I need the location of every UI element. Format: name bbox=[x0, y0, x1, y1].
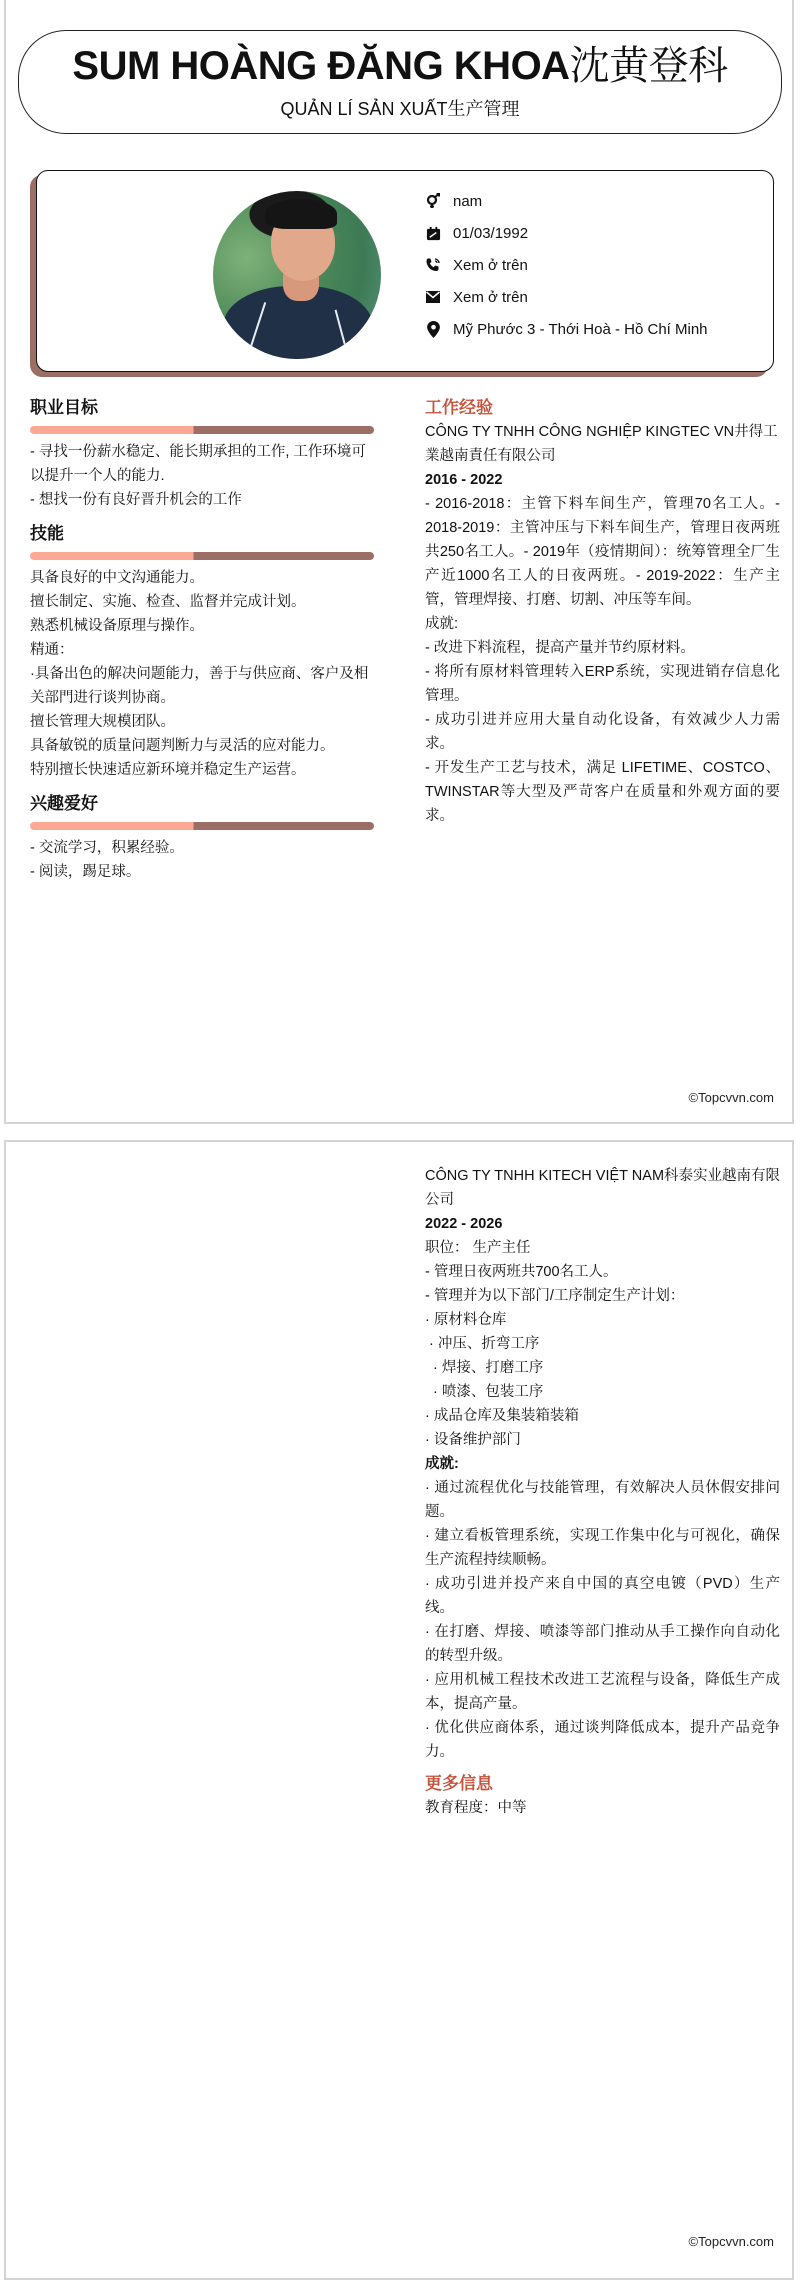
section-divider-bar bbox=[30, 822, 374, 830]
job-company: CÔNG TY TNHH CÔNG NGHIỆP KINGTEC VN井得工業越… bbox=[425, 420, 780, 468]
skill-line: 擅长管理大规模团队。 bbox=[30, 710, 374, 734]
duty-line: · 设备维护部门 bbox=[425, 1428, 780, 1452]
birthday-value: 01/03/1992 bbox=[453, 225, 528, 242]
section-skills: 技能 具备良好的中文沟通能力。 擅长制定、实施、检查、监督并完成计划。 熟悉机械… bbox=[30, 522, 374, 782]
phone-row: Xem ở trên bbox=[425, 249, 708, 281]
envelope-icon bbox=[425, 289, 441, 305]
duty-line: - 管理并为以下部门/工序制定生产计划： bbox=[425, 1284, 780, 1308]
duty-line: · 喷漆、包装工序 bbox=[425, 1380, 780, 1404]
duty-line: · 冲压、折弯工序 bbox=[425, 1332, 780, 1356]
section-title-experience: 工作经验 bbox=[425, 396, 780, 420]
email-row: Xem ở trên bbox=[425, 281, 708, 313]
achievement-line: - 成功引进并应用大量自动化设备，有效减少人力需求。 bbox=[425, 708, 780, 756]
job-period: 2022 - 2026 bbox=[425, 1212, 780, 1236]
objective-line: - 寻找一份薪水稳定、能长期承担的工作, 工作环境可以提升一个人的能力. bbox=[30, 440, 374, 488]
map-pin-icon bbox=[425, 321, 441, 337]
achievement-line: - 开发生产工艺与技术，满足 LIFETIME、COSTCO、TWINSTAR等… bbox=[425, 756, 780, 828]
duty-line: - 管理日夜两班共700名工人。 bbox=[425, 1260, 780, 1284]
achievement-line: · 在打磨、焊接、喷漆等部门推动从手工操作向自动化的转型升级。 bbox=[425, 1620, 780, 1668]
name-latin: SUM HOÀNG ĐĂNG KHOA bbox=[72, 44, 569, 88]
job-company: CÔNG TY TNHH KITECH VIỆT NAM科泰实业越南有限公司 bbox=[425, 1164, 780, 1212]
objective-line: - 想找一份有良好晋升机会的工作 bbox=[30, 488, 374, 512]
phone-value: Xem ở trên bbox=[453, 257, 528, 274]
achievements-label: 成就: bbox=[425, 612, 780, 636]
duty-line: · 原材料仓库 bbox=[425, 1308, 780, 1332]
contact-info: nam 01/03/1992 Xem ở trên Xem ở trên bbox=[425, 185, 708, 345]
address-value: Mỹ Phước 3 - Thới Hoà - Hồ Chí Minh bbox=[453, 321, 708, 338]
name-chinese: 沈黄登科 bbox=[570, 44, 728, 88]
section-divider-bar bbox=[30, 552, 374, 560]
address-row: Mỹ Phước 3 - Thới Hoà - Hồ Chí Minh bbox=[425, 313, 708, 345]
job-period: 2016 - 2022 bbox=[425, 468, 780, 492]
section-hobbies: 兴趣爱好 - 交流学习，积累经验。 - 阅读，踢足球。 bbox=[30, 792, 374, 884]
birthday-row: 01/03/1992 bbox=[425, 217, 708, 249]
skill-line: 具备敏锐的质量问题判断力与灵活的应对能力。 bbox=[30, 734, 374, 758]
section-title: 技能 bbox=[30, 522, 374, 546]
job-entry: CÔNG TY TNHH KITECH VIỆT NAM科泰实业越南有限公司 2… bbox=[425, 1164, 780, 1764]
achievements-label: 成就: bbox=[425, 1452, 780, 1476]
header-box: SUM HOÀNG ĐĂNG KHOA沈黄登科 QUẢN LÍ SẢN XUẤT… bbox=[18, 30, 782, 134]
left-column: 职业目标 - 寻找一份薪水稳定、能长期承担的工作, 工作环境可以提升一个人的能力… bbox=[30, 396, 374, 884]
job-entry: CÔNG TY TNHH CÔNG NGHIỆP KINGTEC VN井得工業越… bbox=[425, 420, 780, 828]
gender-icon bbox=[425, 193, 441, 209]
footer-copyright: ©Topcvvn.com bbox=[689, 2234, 774, 2249]
skill-line: 精通： bbox=[30, 638, 374, 662]
hobby-line: - 阅读，踢足球。 bbox=[30, 860, 374, 884]
achievement-line: · 应用机械工程技术改进工艺流程与设备，降低生产成本，提高产量。 bbox=[425, 1668, 780, 1716]
gender-row: nam bbox=[425, 185, 708, 217]
education-level: 教育程度：中等 bbox=[425, 1796, 780, 1820]
candidate-name: SUM HOÀNG ĐĂNG KHOA沈黄登科 bbox=[19, 43, 781, 89]
section-title: 兴趣爱好 bbox=[30, 792, 374, 816]
section-objective: 职业目标 - 寻找一份薪水稳定、能长期承担的工作, 工作环境可以提升一个人的能力… bbox=[30, 396, 374, 512]
phone-icon bbox=[425, 257, 441, 273]
gender-value: nam bbox=[453, 193, 482, 210]
calendar-icon bbox=[425, 225, 441, 241]
avatar bbox=[213, 191, 381, 359]
achievement-line: · 建立看板管理系统，实现工作集中化与可视化，确保生产流程持续顺畅。 bbox=[425, 1524, 780, 1572]
contact-card: nam 01/03/1992 Xem ở trên Xem ở trên bbox=[36, 170, 774, 372]
section-title-more-info: 更多信息 bbox=[425, 1772, 780, 1796]
section-title: 职业目标 bbox=[30, 396, 374, 420]
achievement-line: · 成功引进并投产来自中国的真空电镀（PVD）生产线。 bbox=[425, 1572, 780, 1620]
hobby-line: - 交流学习，积累经验。 bbox=[30, 836, 374, 860]
skill-line: 具备良好的中文沟通能力。 bbox=[30, 566, 374, 590]
job-title: QUẢN LÍ SẢN XUẤT生产管理 bbox=[19, 98, 781, 120]
right-column-page-2: CÔNG TY TNHH KITECH VIỆT NAM科泰实业越南有限公司 2… bbox=[425, 1164, 780, 1820]
duty-line: · 成品仓库及集装箱装箱 bbox=[425, 1404, 780, 1428]
achievement-line: - 改进下料流程，提高产量并节约原材料。 bbox=[425, 636, 780, 660]
job-description: - 2016-2018：主管下料车间生产，管理70名工人。- 2018-2019… bbox=[425, 492, 780, 612]
email-value: Xem ở trên bbox=[453, 289, 528, 306]
right-column-page-1: 工作经验 CÔNG TY TNHH CÔNG NGHIỆP KINGTEC VN… bbox=[425, 396, 780, 828]
skill-line: ·具备出色的解决问题能力，善于与供应商、客户及相关部門进行谈判协商。 bbox=[30, 662, 374, 710]
skill-line: 特别擅长快速适应新环境并稳定生产运营。 bbox=[30, 758, 374, 782]
achievement-line: - 将所有原材料管理转入ERP系统，实现进销存信息化管理。 bbox=[425, 660, 780, 708]
skill-line: 熟悉机械设备原理与操作。 bbox=[30, 614, 374, 638]
duty-line: · 焊接、打磨工序 bbox=[425, 1356, 780, 1380]
section-more-info: 更多信息 教育程度：中等 bbox=[425, 1772, 780, 1820]
job-position: 职位： 生产主任 bbox=[425, 1236, 780, 1260]
avatar-hair bbox=[265, 199, 337, 229]
skill-line: 擅长制定、实施、检查、监督并完成计划。 bbox=[30, 590, 374, 614]
achievement-line: · 优化供应商体系，通过谈判降低成本，提升产品竞争力。 bbox=[425, 1716, 780, 1764]
section-divider-bar bbox=[30, 426, 374, 434]
cv-page-2: CÔNG TY TNHH KITECH VIỆT NAM科泰实业越南有限公司 2… bbox=[4, 1140, 794, 2280]
achievement-line: · 通过流程优化与技能管理，有效解决人员休假安排问题。 bbox=[425, 1476, 780, 1524]
footer-copyright: ©Topcvvn.com bbox=[689, 1090, 774, 1105]
cv-page-1: SUM HOÀNG ĐĂNG KHOA沈黄登科 QUẢN LÍ SẢN XUẤT… bbox=[4, 0, 794, 1124]
